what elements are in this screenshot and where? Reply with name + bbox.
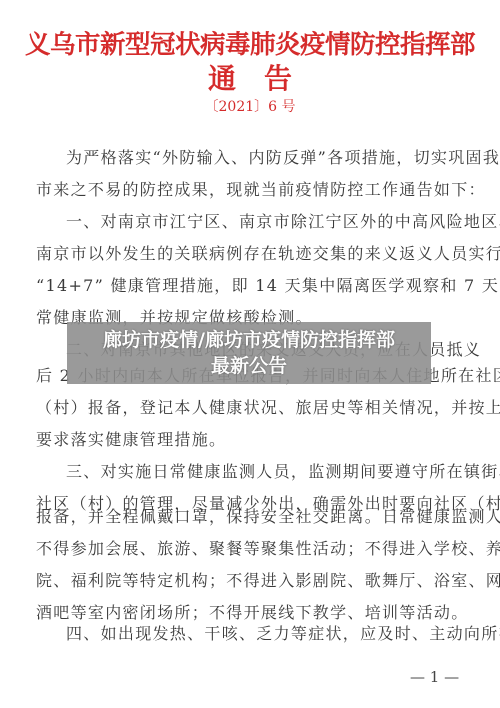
body-line: 报备，并全程佩戴口罩，保持安全社交距离。日常健康监测人员 xyxy=(36,507,464,527)
body-line: 市来之不易的防控成果，现就当前疫情防控工作通告如下： xyxy=(36,180,464,200)
body-line: 院、福利院等特定机构；不得进入影剧院、歌舞厅、浴室、网吧、 xyxy=(36,571,464,591)
headline-overlay-banner: 廊坊市疫情/廊坊市疫情防控指挥部 最新公告 xyxy=(67,322,431,384)
body-line: 酒吧等室内密闭场所；不得开展线下教学、培训等活动。 xyxy=(36,603,464,623)
body-line: 南京市以外发生的关联病例存在轨迹交集的来义返义人员实行 xyxy=(36,244,464,264)
headline-line-2: 最新公告 xyxy=(211,353,287,379)
body-line: （村）报备，登记本人健康状况、旅居史等相关情况，并按上级 xyxy=(36,398,464,418)
body-line: 要求落实健康管理措施。 xyxy=(36,430,464,450)
body-line: 四、如出现发热、干咳、乏力等症状，应及时、主动向所在 xyxy=(66,624,494,644)
organization-title: 义乌市新型冠状病毒肺炎疫情防控指挥部 xyxy=(0,30,500,60)
headline-line-1: 廊坊市疫情/廊坊市疫情防控指挥部 xyxy=(103,327,395,353)
body-line: “14+7” 健康管理措施，即 14 天集中隔离医学观察和 7 天日 xyxy=(36,276,464,296)
body-line: 一、对南京市江宁区、南京市除江宁区外的中高风险地区、 xyxy=(66,212,494,232)
body-line: 三、对实施日常健康监测人员，监测期间要遵守所在镇街、 xyxy=(66,462,494,482)
notice-title: 通 告 xyxy=(0,62,500,96)
document-number: 〔2021〕6 号 xyxy=(0,98,500,116)
page-number: — 1 — xyxy=(410,668,459,686)
body-line: 为严格落实“外防输入、内防反弹”各项措施，切实巩固我 xyxy=(66,148,494,168)
body-line: 不得参加会展、旅游、聚餐等聚集性活动；不得进入学校、养老 xyxy=(36,539,464,559)
